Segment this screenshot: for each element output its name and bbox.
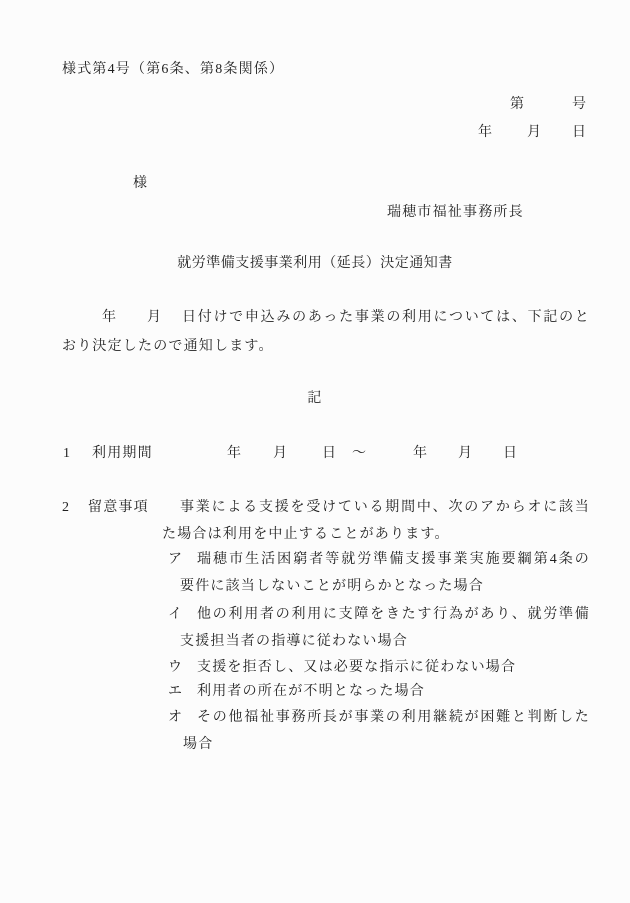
body-line1-text: 日付けで申込みのあった事業の利用については、下記のと xyxy=(182,304,590,332)
sub-item-a-line1: ア 瑞穂市生活困窮者等就労準備支援事業実施要綱第4条の xyxy=(0,546,630,574)
body-paragraph-line1: 年 月 日付けで申込みのあった事業の利用については、下記のと xyxy=(0,304,630,332)
sub-item-e-line1: エ 利用者の所在が不明となった場合 xyxy=(0,678,630,706)
sub-item-o-line2: 場合 xyxy=(183,731,213,759)
sub-item-e-label: エ xyxy=(168,678,183,706)
issue-date-line: 年 月 日 xyxy=(0,119,630,147)
sub-item-a-label: ア xyxy=(168,546,183,574)
item2-text-line2: た場合は利用を中止することがあります。 xyxy=(162,521,450,549)
sub-item-a-line2: 要件に該当しないことが明らかとなった場合 xyxy=(180,573,484,601)
item-usage-period: 1 利用期間 年 月 日 〜 年 月 日 xyxy=(0,440,630,468)
apply-date-year: 年 xyxy=(102,304,117,332)
sub-item-o-text: その他福祉事務所長が事業の利用継続が困難と判断した xyxy=(197,704,590,732)
apply-date-month: 月 xyxy=(147,304,162,332)
sub-item-e-text: 利用者の所在が不明となった場合 xyxy=(197,678,425,706)
addressee-honorific: 様 xyxy=(133,170,148,198)
item2-number: 2 xyxy=(62,494,70,522)
record-marker: 記 xyxy=(0,385,630,413)
doc-number-line: 第 号 xyxy=(0,91,630,119)
doc-number-prefix: 第 xyxy=(510,91,525,119)
sub-item-i-label: イ xyxy=(168,601,183,629)
period-to-year: 年 xyxy=(413,440,428,468)
sub-item-i-text: 他の利用者の利用に支障をきたす行為があり、就労準備 xyxy=(197,601,590,629)
period-from-month: 月 xyxy=(273,440,288,468)
sub-item-o-label: オ xyxy=(168,704,183,732)
sub-item-o-line1: オ その他福祉事務所長が事業の利用継続が困難と判断した xyxy=(0,704,630,732)
period-to-day: 日 xyxy=(503,440,518,468)
item1-label: 利用期間 xyxy=(92,440,153,468)
item2-label: 留意事項 xyxy=(88,494,149,522)
sub-item-a-text: 瑞穂市生活困窮者等就労準備支援事業実施要綱第4条の xyxy=(197,546,590,574)
item1-number: 1 xyxy=(63,440,71,468)
item2-text-line1: 事業による支援を受けている期間中、次のアからオに該当し xyxy=(180,494,590,522)
period-from-day: 日 xyxy=(322,440,337,468)
form-number-label: 様式第4号（第6条、第8条関係） xyxy=(62,56,284,84)
issue-date-month: 月 xyxy=(527,119,542,147)
document-page: 様式第4号（第6条、第8条関係） 第 号 年 月 日 様 瑞穂市福祉事務所長 就… xyxy=(0,0,630,903)
sender-name: 瑞穂市福祉事務所長 xyxy=(387,199,524,227)
document-title: 就労準備支援事業利用（延長）決定通知書 xyxy=(0,250,630,278)
body-paragraph-line2: おり決定したので通知します。 xyxy=(62,333,274,361)
issue-date-day: 日 xyxy=(572,119,587,147)
doc-number-suffix: 号 xyxy=(572,91,587,119)
sub-item-i-line1: イ 他の利用者の利用に支障をきたす行為があり、就労準備 xyxy=(0,601,630,629)
period-tilde: 〜 xyxy=(352,440,367,468)
sub-item-i-line2: 支援担当者の指導に従わない場合 xyxy=(180,628,408,656)
period-from-year: 年 xyxy=(227,440,242,468)
item-notes-line1: 2 留意事項 事業による支援を受けている期間中、次のアからオに該当し xyxy=(0,494,630,522)
period-to-month: 月 xyxy=(458,440,473,468)
issue-date-year: 年 xyxy=(478,119,493,147)
